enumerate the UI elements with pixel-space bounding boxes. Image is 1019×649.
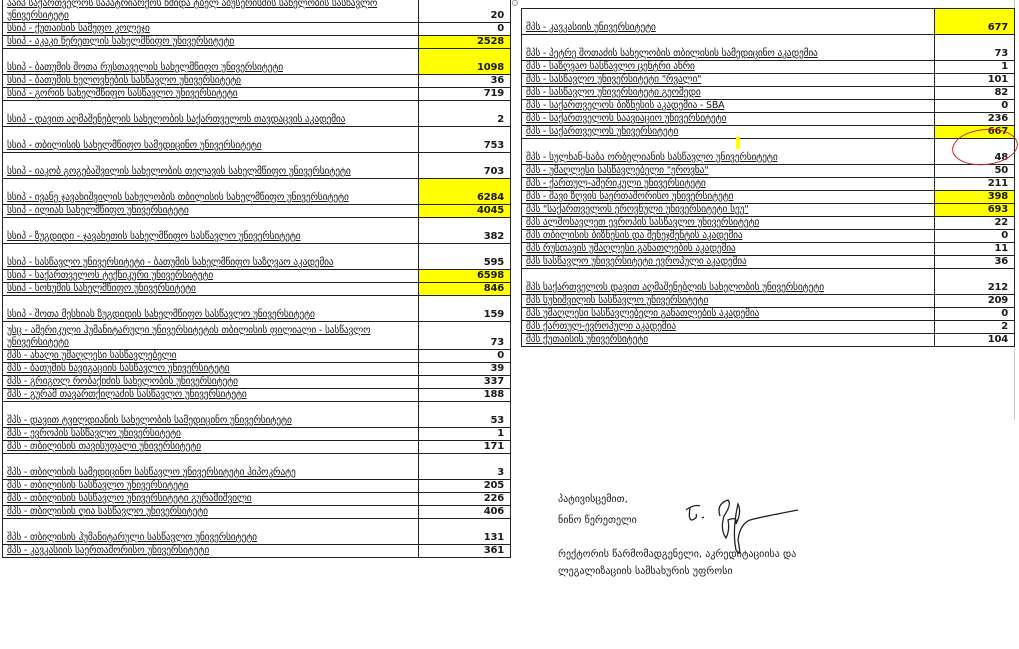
table-row: სსიპ - აკაკი წერეთლის სახელმწიფო უნივერს… — [3, 36, 511, 49]
count-value: 131 — [419, 519, 511, 545]
institution-name: შპს - თბილისის ღია სასწავლო უნივერსიტეტი — [3, 506, 419, 519]
institution-name: შპს - უმაღლესი სასწავლებელი "ეროვნა" — [522, 165, 935, 178]
institution-name: სსიპ - ილიას სახელმწიფო უნივერსიტეტი — [3, 205, 419, 218]
closing-label: პატივისცემით, — [558, 494, 628, 505]
table-row: შპს სასწავლო უნივერსიტეტი ევროპული აკადე… — [522, 256, 1015, 269]
institution-name: შპს უმაღლესი სასწავლებელი განათლების აკა… — [522, 308, 935, 321]
handwritten-signature — [680, 490, 810, 570]
table-row: სსიპ - ქუთაისის სამეფო კოლეჯი0 — [3, 23, 511, 36]
count-value: 104 — [935, 334, 1015, 347]
count-value: 159 — [419, 296, 511, 322]
institution-name: სსიპ - თბილისის სახელმწიფო სამედიცინო უნ… — [3, 127, 419, 153]
table-row: სსიპ - სასწავლო უნივერსიტეტი - ბათუმის ს… — [3, 244, 511, 270]
count-value: 0 — [419, 350, 511, 363]
table-row: შპს - შავი ზღვის საერთაშორისო უნივერსიტე… — [522, 191, 1015, 204]
institution-name: შპს სასწავლო უნივერსიტეტი ევროპული აკადე… — [522, 256, 935, 269]
table-row: სსიპ - შოთა მესხიას ზუგდიდის სახელმწიფო … — [3, 296, 511, 322]
table-row: შპს ქუთაისის უნივერსიტეტი104 — [522, 334, 1015, 347]
count-value: 398 — [935, 191, 1015, 204]
institution-name: შპს - საქართველოს ბიზნესის აკადემია - SB… — [522, 100, 935, 113]
count-value: 82 — [935, 87, 1015, 100]
table-row: შპს - ახალი უმაღლესი სასწავლებელი0 — [3, 350, 511, 363]
table-row: შპს - სასწავლო უნივერსიტეტი გეომედი82 — [522, 87, 1015, 100]
institution-name: შპს - თბილისის სასწავლო უნივერსიტეტი — [3, 480, 419, 493]
table-row: შპს - ბათუმის ნავიგაციის სასწავლო უნივერ… — [3, 363, 511, 376]
institution-name: შპს - ევროპის სასწავლო უნივერსიტეტი — [3, 428, 419, 441]
count-value: 337 — [419, 376, 511, 389]
institution-name: შპს თბილისის ბიზნესის და მენეჯმენტის აკა… — [522, 230, 935, 243]
count-value: 53 — [419, 402, 511, 428]
institution-name: შპს - ქართულ-ამერიკული უნივერსიტეტი — [522, 178, 935, 191]
count-value: 22 — [935, 217, 1015, 230]
institution-name: შპს - საქართველოს საავიაციო უნივერსიტეტი — [522, 113, 935, 126]
page-hole-mark — [512, 0, 518, 6]
table-row: შპს - ქართულ-ამერიკული უნივერსიტეტი211 — [522, 178, 1015, 191]
institution-name: სსიპ - გორის სახელმწიფო სასწავლო უნივერს… — [3, 88, 419, 101]
count-value: 753 — [419, 127, 511, 153]
table-row: შპს "საქართველოს ეროვნული უნივერსიტეტი ს… — [522, 204, 1015, 217]
institution-name: შპს - თბილისის ჰუმანიტარული სასწავლო უნი… — [3, 519, 419, 545]
count-value: 4045 — [419, 205, 511, 218]
institution-name: შპს ქუთაისის უნივერსიტეტი — [522, 334, 935, 347]
institution-name: შპს - ახალი უმაღლესი სასწავლებელი — [3, 350, 419, 363]
table-row: შპს - თბილისის თავისუფალი უნივერსიტეტი17… — [3, 441, 511, 454]
table-row: შპს თბილისის ბიზნესის და მენეჯმენტის აკა… — [522, 230, 1015, 243]
count-value: 0 — [935, 308, 1015, 321]
institution-name: ააიპ საქართველოს საპატრიარქოს წმიდა ტბელ… — [3, 0, 419, 23]
table-row: სსიპ - თბილისის სახელმწიფო სამედიცინო უნ… — [3, 127, 511, 153]
table-row: შპს - თბილისის სასწავლო უნივერსიტეტი გურ… — [3, 493, 511, 506]
count-value: 703 — [419, 153, 511, 179]
count-value: 73 — [935, 35, 1015, 61]
table-row: შპს - ევროპის სასწავლო უნივერსიტეტი1 — [3, 428, 511, 441]
table-row: სსიპ - გორის სახელმწიფო სასწავლო უნივერს… — [3, 88, 511, 101]
scanned-document-page: ააიპ საქართველოს საპატრიარქოს წმიდა ტბელ… — [0, 0, 1019, 649]
count-value: 211 — [935, 178, 1015, 191]
institution-name: სსიპ - ბათუმის ხელოვნების სასწავლო უნივე… — [3, 75, 419, 88]
table-row: სსიპ - სოხუმის სახელმწიფო უნივერსიტეტი84… — [3, 283, 511, 296]
count-value: 2 — [419, 101, 511, 127]
count-value: 406 — [419, 506, 511, 519]
institution-name: შპს რუსთავის უმაღლესი განათლების აკადემი… — [522, 243, 935, 256]
table-row: შპს - გურამ თავართქილაძის სასწავლო უნივე… — [3, 389, 511, 402]
count-value: 6598 — [419, 270, 511, 283]
institution-name: სსიპ - საქართველოს ტექნიკური უნივერსიტეტ… — [3, 270, 419, 283]
count-value: 188 — [419, 389, 511, 402]
institution-name: შპს - კავკასიის საერთაშორისო უნივერსიტეტ… — [3, 545, 419, 558]
count-value: 11 — [935, 243, 1015, 256]
institution-name: შპს საქართველოს დავით აღმაშენებლის სახელ… — [522, 269, 935, 295]
count-value: 2528 — [419, 36, 511, 49]
institution-name: უსც - ამერიკული ჰუმანიტარული უნივერსიტეტ… — [3, 322, 419, 350]
institution-name: შპს - სასწავლო უნივერსიტეტი გეომედი — [522, 87, 935, 100]
count-value: 0 — [419, 23, 511, 36]
count-value: 382 — [419, 218, 511, 244]
institution-name: სსიპ - სასწავლო უნივერსიტეტი - ბათუმის ს… — [3, 244, 419, 270]
count-value: 39 — [419, 363, 511, 376]
institution-name: შპს - საქართველოს უნივერსიტეტი — [522, 126, 935, 139]
table-row: შპს - საქართველოს საავიაციო უნივერსიტეტი… — [522, 113, 1015, 126]
table-row: უსც - ამერიკული ჰუმანიტარული უნივერსიტეტ… — [3, 322, 511, 350]
institution-name: შპს "საქართველოს ეროვნული უნივერსიტეტი ს… — [522, 204, 935, 217]
institution-name: შპს - საზღვაო სასწავლო ცენტრი ანრი — [522, 61, 935, 74]
count-value: 3 — [419, 454, 511, 480]
institution-name: შპს - ბათუმის ნავიგაციის სასწავლო უნივერ… — [3, 363, 419, 376]
highlighter-mark — [736, 137, 740, 149]
institution-name: სსიპ - ივანე ჯავახიშვილის სახელობის თბილ… — [3, 179, 419, 205]
count-value: 226 — [419, 493, 511, 506]
institution-name: სსიპ - შოთა მესხიას ზუგდიდის სახელმწიფო … — [3, 296, 419, 322]
table-row: შპს - სასწავლო უნივერსიტეტი "რვალი"101 — [522, 74, 1015, 87]
institution-name: შპს - თბილისის თავისუფალი უნივერსიტეტი — [3, 441, 419, 454]
table-row: შპს - კავკასიის უნივერსიტეტი677 — [522, 9, 1015, 35]
institution-name: შპს - პეტრე შოთაძის სახელობის თბილისის ს… — [522, 35, 935, 61]
count-value: 36 — [935, 256, 1015, 269]
institution-name: შპს სუხიშვილის სასწავლო უნივერსიტეტი — [522, 295, 935, 308]
institution-name: სსიპ - ზუგდიდი - ჯავახეთის სახელმწიფო სა… — [3, 218, 419, 244]
count-value: 1098 — [419, 49, 511, 75]
count-value: 73 — [419, 322, 511, 350]
table-row: შპს - უმაღლესი სასწავლებელი "ეროვნა"50 — [522, 165, 1015, 178]
institution-name: შპს - სასწავლო უნივერსიტეტი "რვალი" — [522, 74, 935, 87]
count-value: 361 — [419, 545, 511, 558]
count-value: 677 — [935, 9, 1015, 35]
count-value: 1 — [419, 428, 511, 441]
table-row: შპს - თბილისის ღია სასწავლო უნივერსიტეტი… — [3, 506, 511, 519]
institution-name: სსიპ - იაკობ გოგებაშვილის სახელობის თელა… — [3, 153, 419, 179]
count-value: 1 — [935, 61, 1015, 74]
table-row: შპს - გრიგოლ რობაქიძის სახელობის უნივერს… — [3, 376, 511, 389]
table-row: სსიპ - ბათუმის ხელოვნების სასწავლო უნივე… — [3, 75, 511, 88]
institution-name: შპს - გურამ თავართქილაძის სასწავლო უნივე… — [3, 389, 419, 402]
institution-name: სსიპ - ქუთაისის სამეფო კოლეჯი — [3, 23, 419, 36]
institution-name: შპს - თბილისის სამედიცინო სასწავლო უნივე… — [3, 454, 419, 480]
count-value: 212 — [935, 269, 1015, 295]
table-row: ააიპ საქართველოს საპატრიარქოს წმიდა ტბელ… — [3, 0, 511, 23]
count-value: 205 — [419, 480, 511, 493]
count-value: 0 — [935, 230, 1015, 243]
institution-name: სსიპ - აკაკი წერეთლის სახელმწიფო უნივერს… — [3, 36, 419, 49]
table-row: შპს - კავკასიის საერთაშორისო უნივერსიტეტ… — [3, 545, 511, 558]
table-row: შპს რუსთავის უმაღლესი განათლების აკადემი… — [522, 243, 1015, 256]
count-value: 693 — [935, 204, 1015, 217]
signatory-name: ნინო წერეთელი — [558, 515, 637, 526]
table-row: შპს - დავით ტვილდიანის სახელობის სამედიც… — [3, 402, 511, 428]
count-value: 0 — [935, 100, 1015, 113]
table-row: სსიპ - ბათუმის შოთა რუსთაველის სახელმწიფ… — [3, 49, 511, 75]
institution-name: შპს ქართულ-ევროპული აკადემია — [522, 321, 935, 334]
institution-name: შპს - თბილისის სასწავლო უნივერსიტეტი გურ… — [3, 493, 419, 506]
count-value: 171 — [419, 441, 511, 454]
table-row: შპს - თბილისის ჰუმანიტარული სასწავლო უნი… — [3, 519, 511, 545]
table-row: შპს - თბილისის სასწავლო უნივერსიტეტი205 — [3, 480, 511, 493]
count-value: 20 — [419, 0, 511, 23]
institution-name: სსიპ - ბათუმის შოთა რუსთაველის სახელმწიფ… — [3, 49, 419, 75]
institution-name: შპს - შავი ზღვის საერთაშორისო უნივერსიტე… — [522, 191, 935, 204]
table-row: შპს - საზღვაო სასწავლო ცენტრი ანრი1 — [522, 61, 1015, 74]
table-row: სსიპ - საქართველოს ტექნიკური უნივერსიტეტ… — [3, 270, 511, 283]
table-row: შპს სუხიშვილის სასწავლო უნივერსიტეტი209 — [522, 295, 1015, 308]
table-row: სსიპ - ზუგდიდი - ჯავახეთის სახელმწიფო სა… — [3, 218, 511, 244]
institution-name: შპს - სულხან-საბა ორბელიანის სასწავლო უნ… — [522, 139, 935, 165]
count-value: 6284 — [419, 179, 511, 205]
count-value: 101 — [935, 74, 1015, 87]
count-value: 236 — [935, 113, 1015, 126]
institution-name: შპს ალმოსავლეთ ევროპის სასწავლო უნივერსი… — [522, 217, 935, 230]
table-row: შპს ალმოსავლეთ ევროპის სასწავლო უნივერსი… — [522, 217, 1015, 230]
table-row: სსიპ - იაკობ გოგებაშვილის სახელობის თელა… — [3, 153, 511, 179]
count-value: 36 — [419, 75, 511, 88]
right-institutions-table: შპს - კავკასიის უნივერსიტეტი677შპს - პეტ… — [521, 8, 1015, 347]
table-row: შპს - პეტრე შოთაძის სახელობის თბილისის ს… — [522, 35, 1015, 61]
count-value: 2 — [935, 321, 1015, 334]
institution-name: სსიპ - დავით აღმაშენებლის სახელობის საქა… — [3, 101, 419, 127]
table-row: შპს - თბილისის სამედიცინო სასწავლო უნივე… — [3, 454, 511, 480]
institution-name: შპს - დავით ტვილდიანის სახელობის სამედიც… — [3, 402, 419, 428]
table-row: შპს - საქართველოს უნივერსიტეტი667 — [522, 126, 1015, 139]
table-row: შპს საქართველოს დავით აღმაშენებლის სახელ… — [522, 269, 1015, 295]
left-institutions-table: ააიპ საქართველოს საპატრიარქოს წმიდა ტბელ… — [2, 0, 511, 558]
table-row: სსიპ - დავით აღმაშენებლის სახელობის საქა… — [3, 101, 511, 127]
count-value: 209 — [935, 295, 1015, 308]
table-row: შპს - საქართველოს ბიზნესის აკადემია - SB… — [522, 100, 1015, 113]
count-value: 719 — [419, 88, 511, 101]
table-row: შპს ქართულ-ევროპული აკადემია2 — [522, 321, 1015, 334]
institution-name: შპს - გრიგოლ რობაქიძის სახელობის უნივერს… — [3, 376, 419, 389]
institution-name: სსიპ - სოხუმის სახელმწიფო უნივერსიტეტი — [3, 283, 419, 296]
institution-name: შპს - კავკასიის უნივერსიტეტი — [522, 9, 935, 35]
table-row: სსიპ - ივანე ჯავახიშვილის სახელობის თბილ… — [3, 179, 511, 205]
count-value: 595 — [419, 244, 511, 270]
table-row: შპს - სულხან-საბა ორბელიანის სასწავლო უნ… — [522, 139, 1015, 165]
table-row: შპს უმაღლესი სასწავლებელი განათლების აკა… — [522, 308, 1015, 321]
table-row: სსიპ - ილიას სახელმწიფო უნივერსიტეტი4045 — [3, 205, 511, 218]
count-value: 846 — [419, 283, 511, 296]
count-value: 50 — [935, 165, 1015, 178]
